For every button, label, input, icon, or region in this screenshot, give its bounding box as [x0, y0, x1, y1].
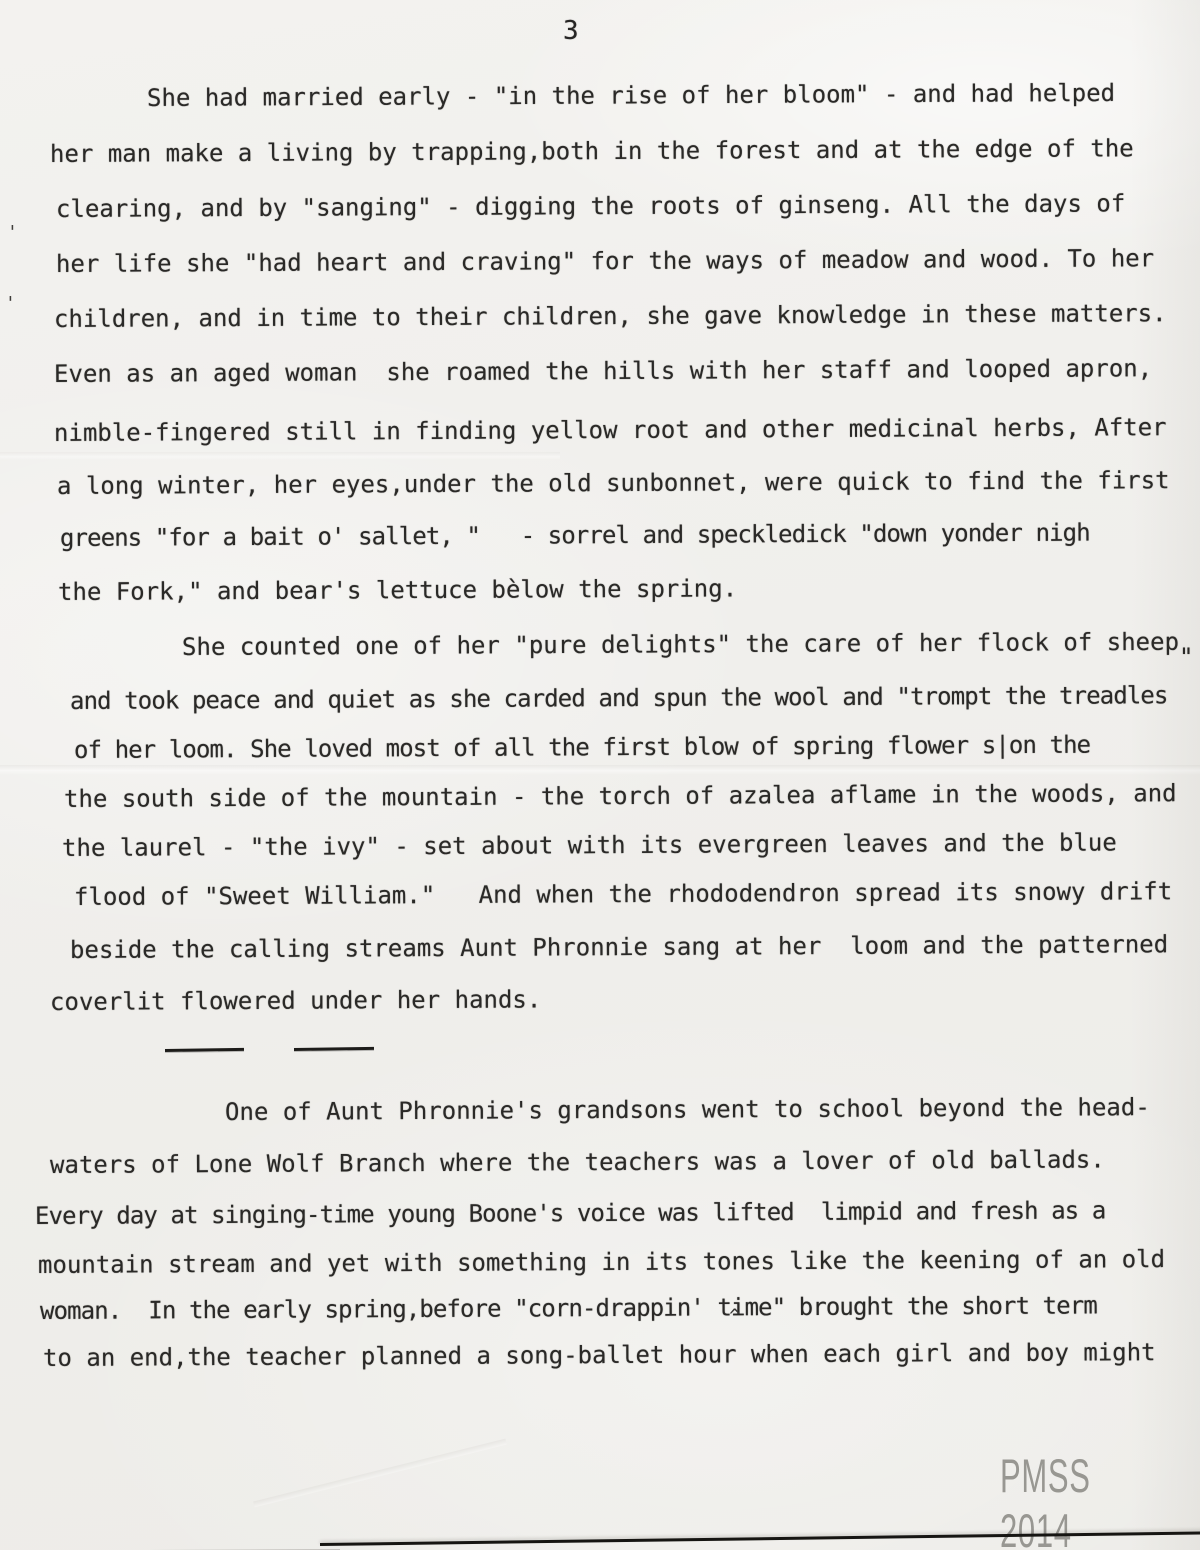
ink-speck: '	[5, 293, 16, 314]
typed-line: mountain stream and yet with something i…	[38, 1245, 1165, 1279]
typed-line: beside the calling streams Aunt Phronnie…	[70, 930, 1168, 964]
typed-line: her life she "had heart and craving" for…	[56, 244, 1154, 278]
typed-line: nimble-fingered still in finding yellow …	[54, 413, 1167, 447]
typed-line: She had married early - "in the rise of …	[147, 79, 1115, 112]
document-page: 3 She had married early - "in the rise o…	[0, 0, 1200, 1550]
paper-crease	[0, 765, 1200, 775]
paper-crease	[0, 452, 560, 460]
typed-line: the laurel - "the ivy" - set about with …	[62, 828, 1117, 862]
divider-dash	[294, 1047, 374, 1051]
typed-line: the south side of the mountain - the tor…	[64, 779, 1177, 813]
floating-quote-mark: "	[1179, 643, 1193, 671]
typed-line: woman. In the early spring,before "corn-…	[40, 1291, 1097, 1325]
typed-line: flood of "Sweet William." And when the r…	[74, 877, 1172, 911]
paper-shading	[1130, 0, 1200, 1550]
typed-line: of her loom. She loved most of all the f…	[74, 731, 1090, 764]
typed-line: waters of Lone Wolf Branch where the tea…	[50, 1145, 1105, 1179]
typed-line: and took peace and quiet as she carded a…	[70, 681, 1168, 715]
typed-line: clearing, and by "sanging" - digging the…	[56, 189, 1125, 223]
page-number: 3	[563, 16, 579, 46]
typed-line: the Fork," and bear's lettuce bèlow the …	[58, 574, 737, 606]
typed-line: greens "for a bait o' sallet, " - sorrel…	[60, 519, 1090, 552]
typed-line: coverlit flowered under her hands.	[50, 985, 541, 1016]
typed-line: a long winter, her eyes,under the old su…	[57, 466, 1170, 500]
typed-line: to an end,the teacher planned a song-bal…	[43, 1338, 1156, 1372]
caret-insertion-mark: ^	[729, 1305, 740, 1327]
divider-dash	[165, 1048, 244, 1052]
ink-speck: '	[7, 222, 18, 243]
typed-line: One of Aunt Phronnie's grandsons went to…	[225, 1093, 1150, 1126]
typed-line: children, and in time to their children,…	[54, 299, 1167, 333]
typed-line: Even as an aged woman she roamed the hil…	[54, 354, 1152, 388]
typed-line: She counted one of her "pure delights" t…	[182, 628, 1179, 661]
typed-line: Every day at singing-time young Boone's …	[35, 1196, 1106, 1230]
paper-crease	[253, 1439, 507, 1508]
typed-line: her man make a living by trapping,both i…	[50, 134, 1134, 168]
